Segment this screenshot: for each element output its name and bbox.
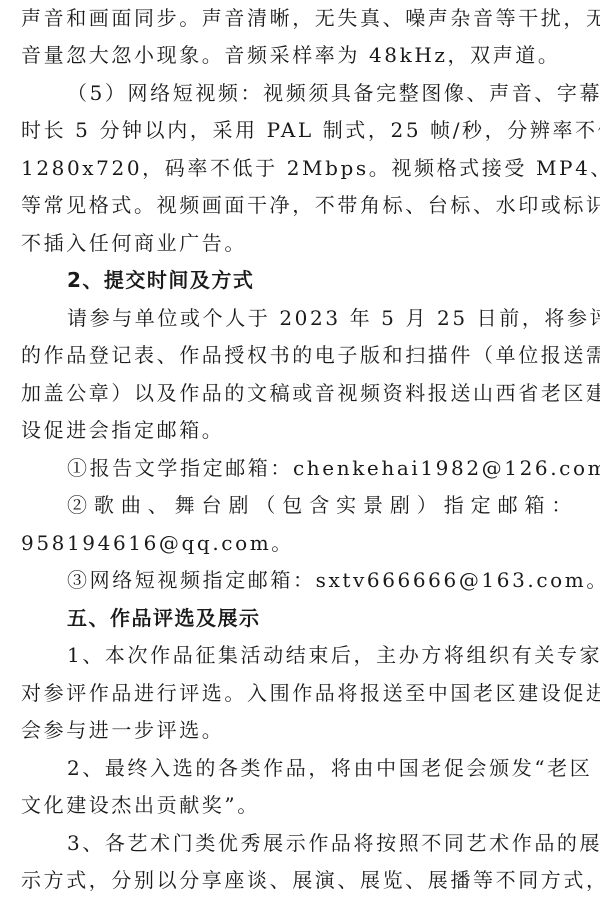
email-songs-drama-label: ②歌曲、舞台剧（包含实景剧）指定邮箱： [67, 493, 574, 517]
paragraph-line: 时长 5 分钟以内，采用 PAL 制式，25 帧/秒，分辨率不低于 [21, 118, 574, 142]
paragraph-line: 会参与进一步评选。 [21, 718, 574, 742]
paragraph-line: 加盖公章）以及作品的文稿或音视频资料报送山西省老区建 [21, 381, 574, 405]
email-songs-drama: 958194616@qq.com。 [21, 531, 574, 555]
paragraph-line: 对参评作品进行评选。入围作品将报送至中国老区建设促进 [21, 681, 574, 705]
paragraph-line: 2、最终入选的各类作品，将由中国老促会颁发“老区 [67, 756, 574, 780]
paragraph-line: 声音和画面同步。声音清晰，无失真、噪声杂音等干扰，无 [21, 6, 574, 30]
section-heading-submission: 2、提交时间及方式 [67, 268, 574, 292]
paragraph-line: 文化建设杰出贡献奖”。 [21, 793, 574, 817]
paragraph-line: 等常见格式。视频画面干净，不带角标、台标、水印或标识； [21, 193, 574, 217]
paragraph-line: 3、各艺术门类优秀展示作品将按照不同艺术作品的展 [67, 831, 574, 855]
email-short-video: ③网络短视频指定邮箱：sxtv666666@163.com。 [67, 568, 574, 592]
paragraph-line: 请参与单位或个人于 2023 年 5 月 25 日前，将参评作品 [67, 306, 574, 330]
paragraph-line: 示方式，分别以分享座谈、展演、展览、展播等不同方式， [21, 868, 574, 892]
paragraph-line: 1280x720，码率不低于 2Mbps。视频格式接受 MP4、MOV、AVI [21, 156, 574, 180]
paragraph-line: 1、本次作品征集活动结束后，主办方将组织有关专家 [67, 643, 574, 667]
paragraph-line: 不插入任何商业广告。 [21, 231, 574, 255]
paragraph-line: 音量忽大忽小现象。音频采样率为 48kHz，双声道。 [21, 43, 574, 67]
document-page: 声音和画面同步。声音清晰，无失真、噪声杂音等干扰，无 音量忽大忽小现象。音频采样… [0, 0, 600, 910]
paragraph-line: 的作品登记表、作品授权书的电子版和扫描件（单位报送需 [21, 343, 574, 367]
email-report-literature: ①报告文学指定邮箱：chenkehai1982@126.com。 [67, 456, 574, 480]
section-heading-evaluation: 五、作品评选及展示 [67, 606, 574, 630]
paragraph-line: （5）网络短视频：视频须具备完整图像、声音、字幕， [67, 81, 574, 105]
paragraph-line: 设促进会指定邮箱。 [21, 418, 574, 442]
